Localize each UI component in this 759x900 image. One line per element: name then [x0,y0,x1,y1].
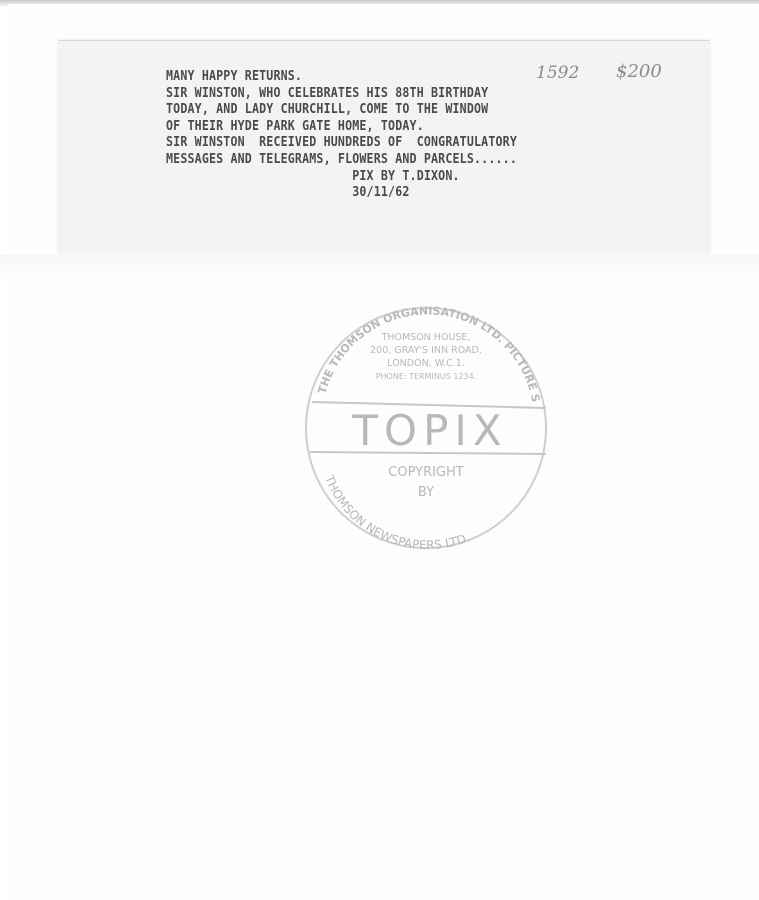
caption-text: MANY HAPPY RETURNS. SIR WINSTON, WHO CEL… [166,69,517,202]
svg-text:LONDON, W.C.1.: LONDON, W.C.1. [387,358,465,369]
svg-text:BY: BY [418,485,434,500]
svg-text:COPYRIGHT: COPYRIGHT [388,465,464,480]
svg-text:THOMSON NEWSPAPERS LTD.: THOMSON NEWSPAPERS LTD. [322,472,472,552]
svg-text:TOPIX: TOPIX [351,406,507,455]
svg-text:200, GRAY'S INN ROAD,: 200, GRAY'S INN ROAD, [370,345,482,356]
copyright-stamp: THE THOMSON ORGANISATION LTD. PICTURE SE… [300,290,552,556]
slip-shadow [0,255,759,285]
svg-text:THOMSON HOUSE,: THOMSON HOUSE, [381,332,471,343]
handwritten-price: $200 [616,61,662,82]
caption-slip: MANY HAPPY RETURNS. SIR WINSTON, WHO CEL… [58,40,710,253]
handwritten-number: 1592 [536,63,579,83]
svg-text:PHONE: TERMINUS 1234.: PHONE: TERMINUS 1234. [376,372,477,381]
